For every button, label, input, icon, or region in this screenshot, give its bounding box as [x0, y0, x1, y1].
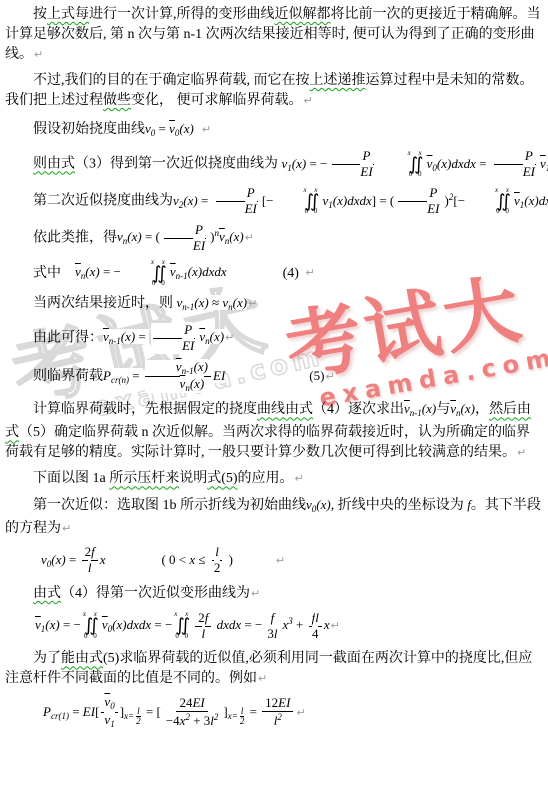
equation-token: v1: [282, 156, 292, 171]
paragraph-mark-icon: ↵: [305, 266, 316, 279]
equation-token: vn: [117, 229, 127, 244]
fraction-denominator: EI: [396, 202, 442, 217]
equation-token: EI: [192, 695, 204, 710]
equation-token: =: [129, 368, 143, 383]
text-run: 下面以图 1a: [33, 471, 109, 486]
equation-token: v1: [540, 156, 548, 171]
paragraph: 下面以图 1a 所示压杆来说明式(5)的应用。↵: [5, 469, 543, 489]
text-run: 的应用。: [238, 471, 294, 486]
equation-token: [−: [453, 193, 465, 208]
text-run: 2: [136, 716, 141, 726]
equation-token: (x)dxdx: [112, 617, 151, 632]
equation-token: P: [195, 222, 203, 237]
text-run: 第一次近似：选取图 1b 所示折线为初始曲线: [33, 498, 306, 513]
equation-token: vn-1: [103, 329, 121, 344]
equation-token: vn-1: [404, 401, 422, 416]
equation-token: vn: [450, 401, 460, 416]
equation-token: ]x=l2: [223, 704, 246, 719]
equation-token: ≈: [209, 295, 223, 310]
paragraph-mark-icon: ↵: [294, 472, 305, 485]
equation-token: v1: [322, 193, 332, 208]
equation-token: P: [429, 185, 437, 200]
paragraph: 由此可得：vn-1(x) = PEIvn(x)↵: [5, 323, 543, 354]
text-run: （4）逐次求出: [313, 402, 404, 417]
spellcheck-underline: 则由式: [33, 157, 75, 172]
equation-token: l2: [210, 713, 218, 728]
equation-token: (x): [51, 552, 65, 567]
equation-token: 24: [179, 695, 192, 710]
fraction-numerator: 2f: [82, 545, 98, 561]
fraction: PEI: [396, 186, 442, 217]
equation-token: ): [225, 552, 233, 567]
paragraph: 当两次结果接近时，则 vn-1(x) ≈ vn(x)↵: [5, 293, 543, 317]
spellcheck-underline: 近似解都: [275, 7, 331, 22]
equation-token: vn: [222, 295, 232, 310]
text-run: （5）确定临界荷载 n 次近似解。当两次求得的临界荷载接近时，认为所确定的临界荷…: [5, 425, 530, 460]
fraction-numerator: 12EI: [262, 696, 293, 712]
equation-token: (x): [179, 121, 193, 136]
equation-token: [−: [262, 193, 274, 208]
equation-token: P: [525, 148, 533, 163]
fraction-numerator: 24EI: [176, 696, 207, 712]
equation-token: (x)dxdx: [333, 193, 372, 208]
equation-token: l: [241, 706, 244, 716]
fraction-denominator: EI: [329, 165, 375, 180]
double-integral-icon: x x∫∫0 0: [83, 612, 100, 639]
fraction-denominator: v1: [101, 713, 117, 729]
equation-token: = −: [60, 617, 81, 632]
text-run: 与: [436, 402, 450, 417]
integral-lower-bound: 0 0: [84, 634, 99, 640]
equation-token: vn: [219, 229, 229, 244]
fraction: 2fl: [195, 611, 211, 642]
paragraph: 则由式（3）得到第一次近似挠度曲线为 v1(x) = −PEIx x∫∫0 0v…: [5, 149, 543, 180]
equation-token: = −: [151, 617, 172, 632]
double-integral-icon: x x∫∫0 0: [380, 151, 425, 178]
fraction-denominator: 3l: [264, 627, 280, 642]
equation-token: (x): [233, 295, 247, 310]
integral-lower-bound: 0 0: [277, 209, 320, 215]
equation-token: EI: [213, 368, 225, 383]
fraction-denominator: l: [85, 561, 95, 576]
equation-token: (x): [45, 617, 59, 632]
text-run: 进行一次计算,所得的变形曲线: [89, 7, 275, 22]
text-run: , 折线中央的坐标设为: [331, 498, 468, 513]
equation-token: EI: [83, 704, 95, 719]
equation-token: 12: [265, 695, 278, 710]
equation-token: vn-1: [170, 264, 188, 279]
equation-token: ]x=l2: [120, 704, 143, 719]
equation-token: vn-1: [176, 359, 194, 374]
fraction-numerator: v0: [101, 695, 117, 712]
spellcheck-underline: 能由式: [61, 651, 103, 666]
paragraph-mark-icon: ↵: [201, 123, 212, 136]
paragraph: 为了能由式(5)求临界荷载的近似值,必须利用同一截面在两次计算中的挠度比,但应注…: [5, 649, 543, 689]
equation-token: (x): [210, 329, 224, 344]
double-integral-icon: x x∫∫0 0: [467, 188, 512, 215]
equation-token: (x): [190, 376, 204, 391]
equation-token: −4: [166, 713, 180, 728]
fraction-denominator: 2: [135, 717, 142, 726]
equation-token: v1: [104, 712, 114, 727]
double-integral-icon: x x∫∫0 0: [174, 612, 191, 639]
equation-token: dxdx: [213, 617, 241, 632]
text-run: （4）得第一次近似变形曲线为: [61, 586, 250, 601]
double-integral-icon: x x∫∫0 0: [123, 260, 168, 287]
equation-token: EI: [245, 201, 257, 216]
fraction-numerator: P: [153, 323, 195, 339]
paragraph-mark-icon: ↵: [224, 331, 235, 344]
equation-token: v1: [514, 193, 524, 208]
text-run: （3）得到第一次近似挠度曲线为: [75, 157, 282, 172]
equation-token: =: [246, 704, 260, 719]
equation-token: (x): [85, 264, 99, 279]
paragraph: 假设初始挠度曲线v0 = v0(x)↵: [5, 119, 543, 143]
fraction-denominator: EI: [162, 239, 208, 254]
equation-token: (x): [229, 229, 243, 244]
fraction: 24EI−4x2 + 3l2: [163, 696, 222, 729]
paragraph-mark-icon: ↵: [303, 94, 314, 107]
integral-lower-bound: 0 0: [381, 172, 424, 178]
equation-token: x3: [282, 617, 292, 632]
paragraph: 第二次近似挠度曲线为v2(x) = PEI[−x x∫∫0 0v1(x)dxdx…: [5, 186, 543, 217]
equation-token: vn: [75, 264, 85, 279]
fraction-numerator: P: [332, 149, 374, 165]
equation-line: Pcr(1) = EI[v0v1]x=l2 = [24EI−4x2 + 3l2]…: [43, 695, 543, 729]
equation-token: v0: [169, 121, 179, 136]
equation-token: [: [95, 704, 99, 719]
fraction-denominator: EI: [492, 165, 538, 180]
fraction-denominator: l: [199, 627, 209, 642]
fraction-numerator: fl: [309, 611, 322, 627]
equation-token: [: [156, 704, 160, 719]
text-run: 由此可得：: [33, 330, 103, 345]
paragraph-mark-icon: ↵: [275, 554, 286, 567]
fraction: l2: [239, 707, 246, 727]
equation-token: (x): [121, 329, 135, 344]
paragraph-mark-icon: ↵: [33, 48, 44, 61]
paragraph-mark-icon: ↵: [250, 587, 261, 600]
spellcheck-underline: 上述递推: [310, 73, 366, 88]
paragraph-mark-icon: ↵: [257, 672, 268, 685]
fraction: PEI: [162, 223, 208, 254]
equation-token: (x)dxdx: [524, 193, 548, 208]
equation-token: =: [66, 552, 80, 567]
equation-token: v0: [104, 694, 114, 709]
text-run: 2: [240, 716, 245, 726]
text-run: 按: [33, 7, 47, 22]
fraction-numerator: f: [268, 611, 278, 627]
fraction-denominator: 4: [309, 627, 322, 642]
fraction-numerator: P: [494, 149, 536, 165]
equation-line: v0(x) = 2flx( 0 < x ≤ l2 )↵: [41, 545, 543, 576]
text-run: 依此类推，得: [33, 230, 117, 245]
equation-token: EI: [182, 338, 194, 353]
equation-token: x=: [228, 711, 238, 721]
equation-token: (x)dxdx: [437, 156, 476, 171]
equation-token: EI: [193, 238, 205, 253]
fraction: PEI: [214, 186, 260, 217]
equation-token: (x): [183, 193, 197, 208]
fraction: 12EIl2: [262, 696, 293, 729]
paragraph: 第一次近似：选取图 1b 所示折线为初始曲线v0(x), 折线中央的坐标设为 f…: [5, 495, 543, 539]
fraction: PEI: [329, 149, 375, 180]
equation-token: = −: [100, 264, 121, 279]
fraction: fl4: [309, 611, 322, 642]
paragraph: 不过,我们的目的在于确定临界荷载, 而它在按上述递推运算过程中是未知的常数。我们…: [5, 71, 543, 111]
integral-lower-bound: 0 0: [124, 281, 167, 287]
equation-token: x: [324, 617, 330, 632]
fraction-denominator: 2: [211, 561, 224, 576]
equation-token: f: [91, 544, 95, 559]
fraction: v0v1: [101, 695, 117, 729]
equation-token: (x): [422, 401, 436, 416]
equation-token: =: [155, 121, 169, 136]
paragraph-mark-icon: ↵: [61, 522, 72, 535]
equation-token: vn: [199, 329, 209, 344]
double-integral-icon: x x∫∫0 0: [276, 188, 321, 215]
equation-token: f: [205, 610, 209, 625]
spellcheck-underline: 上式每: [47, 7, 89, 22]
equation-token: =: [69, 704, 83, 719]
text-run: 说明: [179, 471, 207, 486]
fraction: l2: [135, 707, 142, 727]
fraction-numerator: P: [164, 223, 206, 239]
fraction-numerator: P: [398, 186, 440, 202]
fraction-denominator: l2: [271, 712, 285, 729]
equation-token: =: [143, 704, 157, 719]
equation-token: =: [198, 193, 212, 208]
text-run: ，: [475, 402, 489, 417]
equation-token: + 3: [190, 713, 210, 728]
text-run: 变化， 便可求解临界荷载。: [131, 93, 303, 108]
equation-token: l: [88, 560, 92, 575]
equation-token: 2: [214, 560, 221, 575]
paragraph: 由式（4）得第一次近似变形曲线为↵: [5, 584, 543, 604]
text-run: 式中: [33, 265, 75, 280]
integral-lower-bound: 0 0: [175, 634, 190, 640]
fraction: l2: [211, 545, 224, 576]
equation-token: (x)dxdx: [188, 264, 227, 279]
fraction-denominator: EI: [214, 202, 260, 217]
fraction-numerator: l: [212, 545, 222, 561]
equation-token: x2: [180, 713, 190, 728]
integral-lower-bound: 0 0: [468, 209, 511, 215]
text-run: 第二次近似挠度曲线为: [33, 194, 173, 209]
paragraph-mark-icon: ↵: [330, 619, 341, 632]
equation-token: (x): [194, 359, 208, 374]
equation-token: +: [293, 617, 307, 632]
equation-token: v1: [35, 617, 45, 632]
equation-token: v0: [145, 121, 155, 136]
paragraph-mark-icon: ↵: [324, 370, 335, 383]
fraction-denominator: 2: [239, 717, 246, 726]
equation-token: (x): [316, 497, 330, 512]
paragraph-mark-icon: ↵: [516, 446, 527, 459]
equation-token: l: [215, 544, 219, 559]
equation-token: l: [315, 610, 319, 625]
equation-token: (x): [127, 229, 141, 244]
fraction-denominator: vn(x): [149, 377, 208, 393]
paragraph: 式中 vn(x) = −x x∫∫0 0vn-1(x)dxdx(4)↵: [5, 260, 543, 287]
equation-token: EI: [427, 201, 439, 216]
equation-token: l2: [274, 713, 282, 728]
fraction: 2fl: [82, 545, 98, 576]
equation-token: v0: [306, 497, 316, 512]
spellcheck-underline: 所示压杆来: [109, 471, 179, 486]
text-run: 当两次结果接近时，则: [33, 296, 177, 311]
equation-token: (x): [194, 295, 208, 310]
equation-token: EI: [278, 695, 290, 710]
fraction-numerator: vn-1(x): [145, 360, 211, 377]
text-run: 则临界荷载: [33, 369, 103, 384]
fraction-denominator: −4x2 + 3l2: [163, 712, 222, 729]
equation-token: l: [274, 626, 278, 641]
paragraph: 依此类推，得vn(x) = (PEI)nvn(x)↵: [5, 223, 543, 254]
equation-token: Pcr(n): [103, 368, 129, 383]
spellcheck-underline: 曲线由式: [257, 402, 313, 417]
equation-token: EI: [360, 164, 372, 179]
equation-token: v0: [102, 617, 112, 632]
equation-token: (x): [292, 156, 306, 171]
equation-token: ( 0 <: [161, 552, 189, 567]
document-content: 按上式每进行一次计算,所得的变形曲线近似解都将比前一次的更接近于精确解。当计算足…: [0, 0, 548, 729]
equation-token: v0: [41, 552, 51, 567]
equation-token: l: [137, 706, 140, 716]
fraction-numerator: 2f: [195, 611, 211, 627]
equation-token: P: [247, 185, 255, 200]
equation-token: Pcr(1): [43, 704, 69, 719]
equation-token: f: [271, 610, 275, 625]
paragraph: 则临界荷载Pcr(n) = vn-1(x)vn(x)EI(5)↵: [5, 360, 543, 394]
text-run: (4): [283, 265, 299, 280]
paragraph: 计算临界荷载时，先根据假定的挠度曲线由式（4）逐次求出vn-1(x)与vn(x)…: [5, 399, 543, 463]
equation-token: =: [135, 329, 149, 344]
spellcheck-underline: 式(5): [207, 471, 237, 486]
equation-token: 4: [312, 626, 319, 641]
equation-token: vn-1: [177, 295, 195, 310]
equation-token: vn: [180, 376, 190, 391]
equation-token: = (: [142, 229, 160, 244]
equation-token: = −: [306, 156, 327, 171]
equation-token: P: [184, 322, 192, 337]
equation-token: (x): [461, 401, 475, 416]
equation-token: ≤: [195, 552, 209, 567]
equation-token: v0: [427, 156, 437, 171]
text-run: 为了: [33, 651, 61, 666]
paragraph-mark-icon: ↵: [244, 231, 255, 244]
spellcheck-underline: 做些: [103, 93, 131, 108]
equation-token: l: [202, 626, 206, 641]
fraction: PEI: [492, 149, 538, 180]
equation-token: =: [476, 156, 490, 171]
spellcheck-underline: 由式: [33, 586, 61, 601]
document-page: 考试大 examda.com 考试大 examda.com 按上式每进行一次计算…: [0, 0, 548, 799]
fraction: PEI: [151, 323, 197, 354]
equation-token: P: [363, 148, 371, 163]
equation-token: EI: [523, 164, 535, 179]
equation-token: x=: [124, 711, 134, 721]
equation-token: = −: [241, 617, 262, 632]
equation-token: )n: [210, 229, 219, 244]
fraction: vn-1(x)vn(x): [145, 360, 211, 394]
text-run: 不过,我们的目的在于确定临界荷载, 而它在按: [33, 73, 310, 88]
paragraph-mark-icon: ↵: [247, 297, 258, 310]
text-run: 计算临界荷载时，先根据假定的挠度: [33, 402, 257, 417]
fraction: f3l: [264, 611, 280, 642]
equation-token: x: [100, 552, 106, 567]
equation-token: (5): [309, 368, 324, 383]
paragraph: 按上式每进行一次计算,所得的变形曲线近似解都将比前一次的更接近于精确解。当计算足…: [5, 5, 543, 65]
fraction-numerator: P: [216, 186, 258, 202]
fraction-denominator: EI: [151, 339, 197, 354]
equation-token: v2: [173, 193, 183, 208]
paragraph-mark-icon: ↵: [295, 706, 306, 719]
text-run: 假设初始挠度曲线: [33, 122, 145, 137]
equation-line: v1(x) = −x x∫∫0 0v0(x)dxdx = −x x∫∫0 02f…: [35, 610, 543, 641]
equation-token: ] = (: [372, 193, 395, 208]
